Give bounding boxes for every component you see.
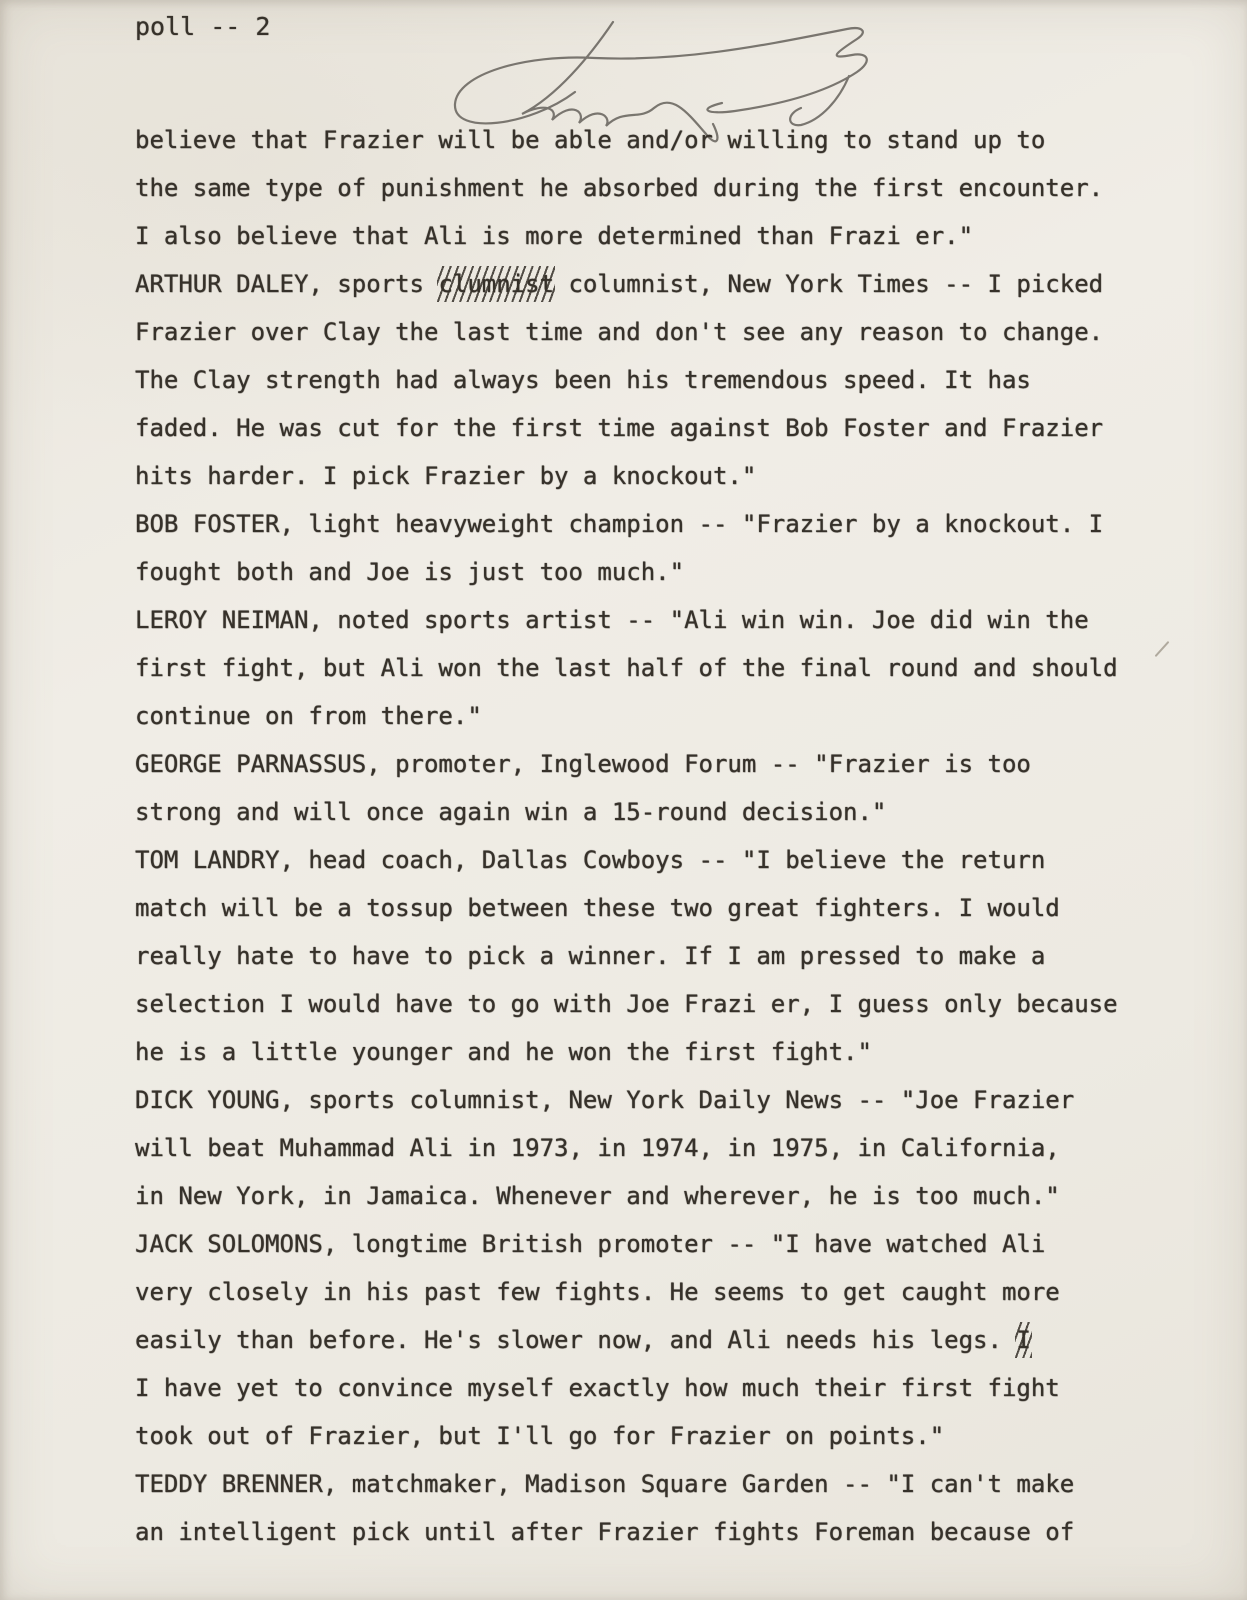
text-line: really hate to have to pick a winner. If… [135,932,1175,980]
text-line: continue on from there." [135,692,1175,740]
text-line: The Clay strength had always been his tr… [135,356,1175,404]
text-line: took out of Frazier, but I'll go for Fra… [135,1412,1175,1460]
text-segment: LEROY NEIMAN, noted sports artist -- "Al… [135,606,1089,634]
text-line: DICK YOUNG, sports columnist, New York D… [135,1076,1175,1124]
text-segment: TOM LANDRY, head coach, Dallas Cowboys -… [135,846,1045,874]
text-segment: BOB FOSTER, light heavyweight champion -… [135,510,1103,538]
text-line: LEROY NEIMAN, noted sports artist -- "Al… [135,596,1175,644]
text-line: strong and will once again win a 15-roun… [135,788,1175,836]
text-segment: strong and will once again win a 15-roun… [135,798,886,826]
text-line: first fight, but Ali won the last half o… [135,644,1175,692]
text-segment: selection I would have to go with Joe Fr… [135,990,1118,1018]
struck-out-text: clumnist [438,260,554,308]
text-segment: ARTHUR DALEY, sports [135,270,438,298]
text-line: he is a little younger and he won the fi… [135,1028,1175,1076]
text-line: will beat Muhammad Ali in 1973, in 1974,… [135,1124,1175,1172]
text-line: believe that Frazier will be able and/or… [135,116,1175,164]
text-line: I also believe that Ali is more determin… [135,212,1175,260]
text-line: TEDDY BRENNER, matchmaker, Madison Squar… [135,1460,1175,1508]
text-segment: fought both and Joe is just too much." [135,558,684,586]
text-line: fought both and Joe is just too much." [135,548,1175,596]
text-segment: faded. He was cut for the first time aga… [135,414,1103,442]
text-line: very closely in his past few fights. He … [135,1268,1175,1316]
text-line: JACK SOLOMONS, longtime British promoter… [135,1220,1175,1268]
text-line: faded. He was cut for the first time aga… [135,404,1175,452]
text-segment: believe that Frazier will be able and/or… [135,126,1045,154]
text-segment: in New York, in Jamaica. Whenever and wh… [135,1182,1060,1210]
text-line: easily than before. He's slower now, and… [135,1316,1175,1364]
text-line: in New York, in Jamaica. Whenever and wh… [135,1172,1175,1220]
text-segment: hits harder. I pick Frazier by a knockou… [135,462,756,490]
text-line: I have yet to convince myself exactly ho… [135,1364,1175,1412]
text-segment: an intelligent pick until after Frazier … [135,1518,1074,1546]
text-line: an intelligent pick until after Frazier … [135,1508,1175,1556]
text-segment: The Clay strength had always been his tr… [135,366,1031,394]
text-segment: TEDDY BRENNER, matchmaker, Madison Squar… [135,1470,1074,1498]
text-segment: really hate to have to pick a winner. If… [135,942,1045,970]
text-line: match will be a tossup between these two… [135,884,1175,932]
text-segment: match will be a tossup between these two… [135,894,1060,922]
text-line: GEORGE PARNASSUS, promoter, Inglewood Fo… [135,740,1175,788]
text-segment: continue on from there." [135,702,482,730]
text-segment: easily than before. He's slower now, and… [135,1326,1016,1354]
text-segment: took out of Frazier, but I'll go for Fra… [135,1422,944,1450]
text-segment: I have yet to convince myself exactly ho… [135,1374,1060,1402]
text-segment: first fight, but Ali won the last half o… [135,654,1118,682]
text-segment: the same type of punishment he absorbed … [135,174,1103,202]
text-segment: I also believe that Ali is more determin… [135,222,973,250]
text-line: Frazier over Clay the last time and don'… [135,308,1175,356]
text-segment: very closely in his past few fights. He … [135,1278,1060,1306]
text-line: the same type of punishment he absorbed … [135,164,1175,212]
struck-out-text: I [1016,1316,1030,1364]
text-segment: GEORGE PARNASSUS, promoter, Inglewood Fo… [135,750,1031,778]
text-segment: he is a little younger and he won the fi… [135,1038,872,1066]
text-segment: Frazier over Clay the last time and don'… [135,318,1103,346]
text-segment: JACK SOLOMONS, longtime British promoter… [135,1230,1045,1258]
text-block: believe that Frazier will be able and/or… [135,116,1175,1556]
scanned-typewritten-page: poll -- 2 believe that Frazier will be a… [0,0,1247,1600]
text-segment: DICK YOUNG, sports columnist, New York D… [135,1086,1074,1114]
text-line: TOM LANDRY, head coach, Dallas Cowboys -… [135,836,1175,884]
text-line: ARTHUR DALEY, sports clumnist columnist,… [135,260,1175,308]
text-line: BOB FOSTER, light heavyweight champion -… [135,500,1175,548]
text-segment: will beat Muhammad Ali in 1973, in 1974,… [135,1134,1060,1162]
page-number-label: poll -- 2 [135,12,270,41]
text-line: selection I would have to go with Joe Fr… [135,980,1175,1028]
text-segment: columnist, New York Times -- I picked [554,270,1103,298]
text-line: hits harder. I pick Frazier by a knockou… [135,452,1175,500]
